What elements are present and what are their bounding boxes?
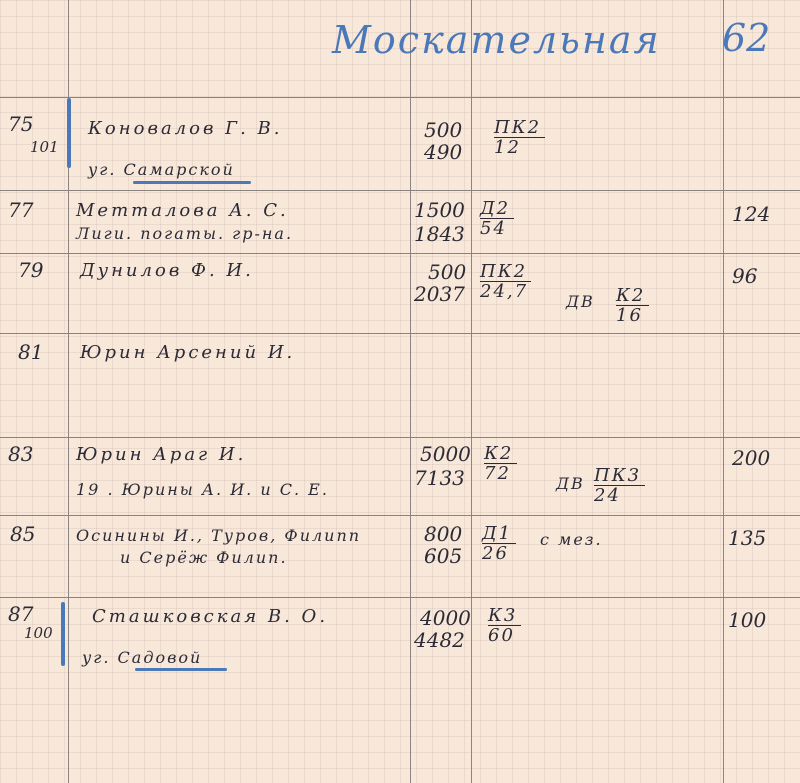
house-number: 79: [18, 258, 43, 282]
area-plan: 4000: [420, 606, 471, 630]
building-type: ПК2: [494, 118, 545, 138]
building-fraction: К2 72: [484, 444, 517, 483]
building-type: Д2: [480, 199, 514, 219]
owner-note: уг. Садовой: [82, 648, 202, 667]
area-plan: 1500: [414, 198, 465, 222]
building-value: 54: [480, 219, 507, 238]
building-fraction: К3 60: [488, 606, 521, 645]
building-fraction: Д2 54: [480, 199, 514, 238]
owner-note: и Серёж Филип.: [120, 548, 288, 567]
house-number-alt: 100: [24, 624, 53, 642]
row-divider: [0, 97, 800, 98]
owner-name: Дунилов Ф. И.: [80, 260, 254, 281]
extra-building-value: 24: [594, 486, 621, 505]
ledger-page: Москательная 62 75 101 Коновалов Г. В. у…: [0, 0, 800, 783]
area-plan: 500: [424, 118, 462, 142]
row-divider: [0, 333, 800, 334]
house-number: 83: [8, 442, 33, 466]
street-underline: [135, 668, 227, 671]
area-actual: 1843: [414, 222, 465, 246]
owner-note: Лиги. погаты. гр-на.: [76, 224, 293, 243]
owner-note: уг. Самарской: [88, 160, 235, 179]
building-type: К3: [488, 606, 521, 626]
extra-building-type: К2: [616, 286, 649, 306]
building-type: К2: [484, 444, 517, 464]
column-divider-area: [471, 0, 472, 783]
column-divider-building: [723, 0, 724, 783]
area-actual: 605: [424, 544, 462, 568]
house-number: 81: [18, 340, 43, 364]
building-type: Д1: [482, 524, 516, 544]
building-value: 72: [484, 464, 511, 483]
area-actual: 490: [424, 140, 462, 164]
owner-name: Осинины И., Туров, Филипп: [76, 526, 361, 545]
row-divider: [0, 437, 800, 438]
area-actual: 7133: [414, 466, 465, 490]
area-plan: 5000: [420, 442, 471, 466]
building-fraction: Д1 26: [482, 524, 516, 563]
building-fraction: ПК2 12: [494, 118, 545, 157]
row-divider: [0, 597, 800, 598]
column-divider-owner: [410, 0, 411, 783]
area-plan: 500: [428, 260, 466, 284]
blue-margin-mark: [67, 98, 71, 168]
street-title: Москательная: [332, 18, 661, 62]
owner-name: Коновалов Г. В.: [88, 118, 282, 139]
extra-building-fraction: К2 16: [616, 286, 649, 325]
page-number: 62: [722, 16, 770, 60]
extra-building-type: ПК3: [594, 466, 645, 486]
street-underline: [133, 181, 251, 184]
extra-building-label: ДВ: [566, 292, 595, 311]
building-type: ПК2: [480, 262, 531, 282]
row-divider: [0, 190, 800, 191]
assessed-value: 124: [732, 202, 770, 226]
assessed-value: 200: [732, 446, 770, 470]
area-plan: 800: [424, 522, 462, 546]
house-number: 75: [8, 112, 33, 136]
extra-building-label: ДВ: [556, 474, 585, 493]
assessed-value: 96: [732, 264, 757, 288]
building-value: 12: [494, 138, 521, 157]
assessed-value: 100: [728, 608, 766, 632]
area-actual: 4482: [414, 628, 465, 652]
building-value: 60: [488, 626, 515, 645]
house-number: 87: [8, 602, 33, 626]
extra-building-label: с мез.: [540, 530, 603, 549]
house-number: 77: [8, 198, 33, 222]
row-divider: [0, 253, 800, 254]
blue-margin-mark: [61, 602, 65, 666]
house-number-alt: 101: [30, 138, 59, 156]
extra-building-fraction: ПК3 24: [594, 466, 645, 505]
building-fraction: ПК2 24,7: [480, 262, 531, 301]
owner-note: 19 . Юрины А. И. и С. Е.: [76, 480, 329, 499]
owner-name: Юрин Араг И.: [76, 444, 246, 465]
owner-name: Метталова А. С.: [76, 200, 289, 221]
owner-name: Сташковская В. О.: [92, 606, 328, 627]
building-value: 24,7: [480, 282, 528, 301]
area-actual: 2037: [414, 282, 465, 306]
row-divider: [0, 515, 800, 516]
owner-name: Юрин Арсений И.: [80, 342, 295, 363]
house-number: 85: [10, 522, 35, 546]
building-value: 26: [482, 544, 509, 563]
assessed-value: 135: [728, 526, 766, 550]
extra-building-value: 16: [616, 306, 643, 325]
